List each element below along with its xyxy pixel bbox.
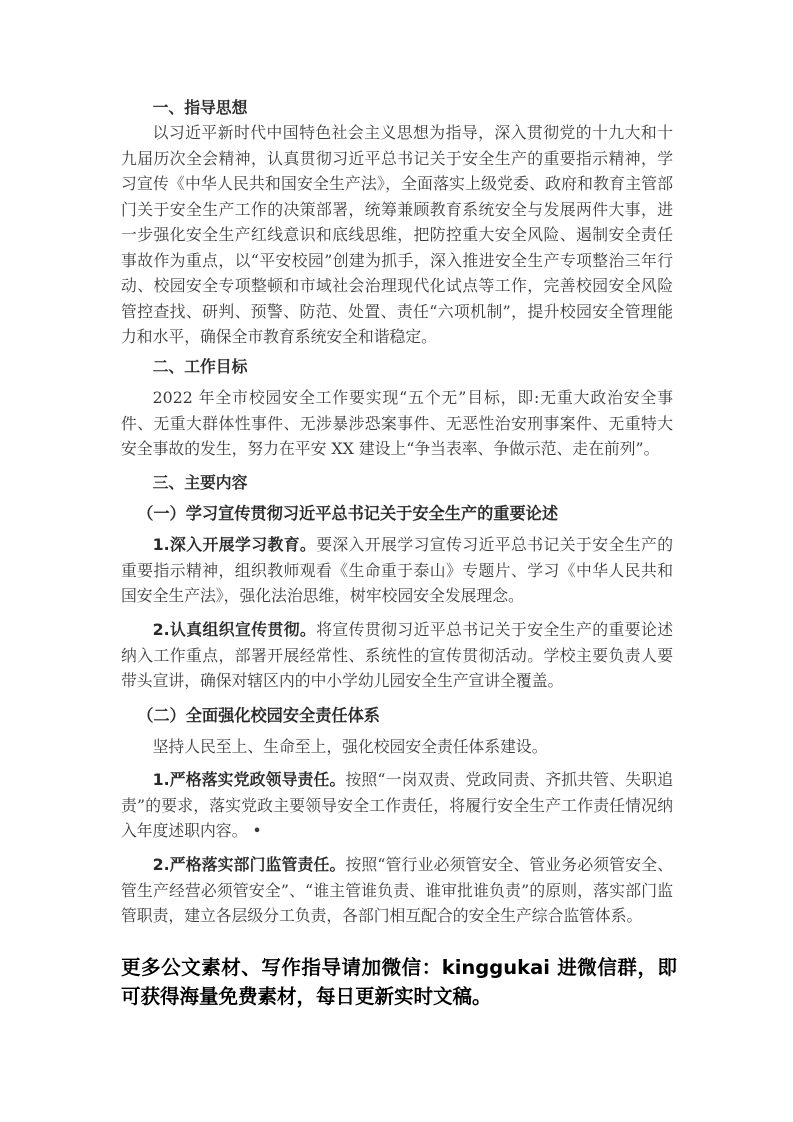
subsection-heading-study-publicize: （一）学习宣传贯彻习近平总书记关于安全生产的重要论述	[121, 501, 673, 527]
paragraph-guiding-ideology: 以习近平新时代中国特色社会主义思想为指导，深入贯彻党的十九大和十九届历次全会精神…	[121, 120, 673, 350]
paragraph-work-goals: 2022 年全市校园安全工作要实现“五个无”目标，即:无重大政治安全事件、无重大…	[121, 385, 673, 462]
subsection-heading-responsibility-system: （二）全面强化校园安全责任体系	[121, 703, 673, 729]
section-heading-main-content: 三、主要内容	[121, 470, 673, 496]
paragraph-intro: 坚持人民至上、生命至上，强化校园安全责任体系建设。	[121, 734, 673, 760]
item-lead: 2.认真组织宣传贯彻。	[153, 620, 317, 639]
item-lead: 1.严格落实党政领导责任。	[153, 770, 346, 789]
promo-footer: 更多公文素材、写作指导请加微信：kinggukai 进微信群，即可获得海量免费素…	[121, 953, 677, 1011]
item-lead: 1.深入开展学习教育。	[153, 535, 317, 554]
paragraph-item: 1.严格落实党政领导责任。按照“一岗双责、党政同责、齐抓共管、失职追责”的要求，…	[121, 767, 673, 844]
item-lead: 2.严格落实部门监管责任。	[153, 855, 346, 874]
paragraph-item: 2.认真组织宣传贯彻。将宣传贯彻习近平总书记关于安全生产的重要论述纳入工作重点，…	[121, 617, 673, 694]
paragraph-item: 2.严格落实部门监管责任。按照“管行业必须管安全、管业务必须管安全、管生产经营必…	[121, 852, 673, 929]
paragraph-item: 1.深入开展学习教育。要深入开展学习宣传习近平总书记关于安全生产的重要指示精神，…	[121, 532, 673, 609]
section-heading-guiding-ideology: 一、指导思想	[121, 95, 673, 121]
section-heading-work-goals: 二、工作目标	[121, 354, 673, 380]
